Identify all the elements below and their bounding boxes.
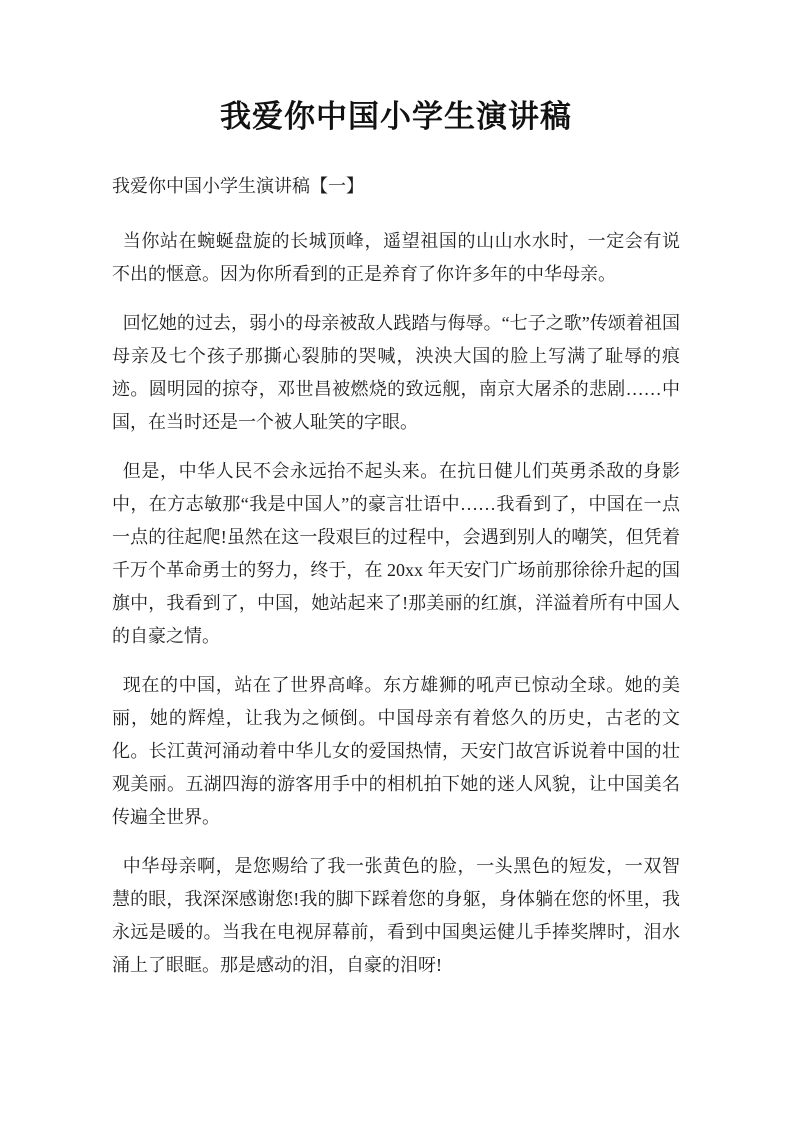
document-page: 我爱你中国小学生演讲稿 我爱你中国小学生演讲稿【一】 当你站在蜿蜒盘旋的长城顶峰… bbox=[0, 0, 793, 1122]
document-body: 当你站在蜿蜒盘旋的长城顶峰，遥望祖国的山山水水时，一定会有说不出的惬意。因为你所… bbox=[112, 225, 680, 982]
paragraph-2: 回忆她的过去，弱小的母亲被敌人践踏与侮辱。“七子之歌”传颂着祖国母亲及七个孩子那… bbox=[112, 307, 680, 439]
paragraph-4: 现在的中国，站在了世界高峰。东方雄狮的吼声已惊动全球。她的美丽，她的辉煌，让我为… bbox=[112, 669, 680, 834]
section-heading: 我爱你中国小学生演讲稿【一】 bbox=[112, 174, 680, 199]
paragraph-1: 当你站在蜿蜒盘旋的长城顶峰，遥望祖国的山山水水时，一定会有说不出的惬意。因为你所… bbox=[112, 225, 680, 291]
document-title: 我爱你中国小学生演讲稿 bbox=[112, 96, 680, 138]
paragraph-3: 但是，中华人民不会永远抬不起头来。在抗日健儿们英勇杀敌的身影中，在方志敏那“我是… bbox=[112, 455, 680, 653]
paragraph-5: 中华母亲啊，是您赐给了我一张黄色的脸，一头黑色的短发，一双智慧的眼，我深深感谢您… bbox=[112, 850, 680, 982]
